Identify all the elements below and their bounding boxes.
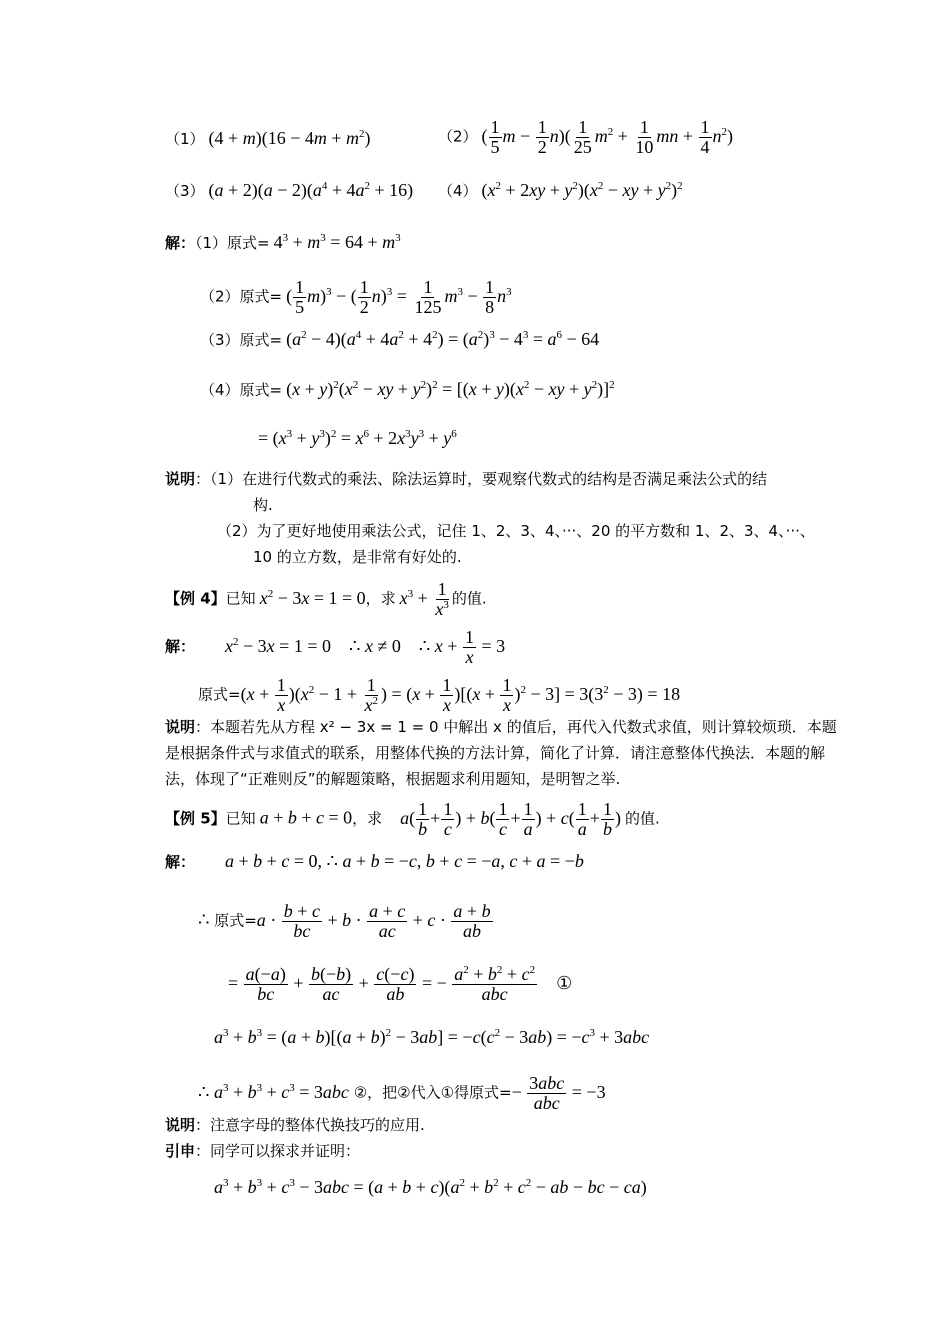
solution-4-cont: = (x3 + y3)2 = x6 + 2x3y3 + y6 <box>258 428 457 450</box>
example-5-step4: a3 + b3 = (a + b)[(a + b)2 − 3ab] = −c(c… <box>214 1027 649 1049</box>
problem-2: （2） (15m − 12n)(125m2 + 110mn + 14n2) <box>438 118 733 157</box>
problem-4: （4） (x2 + 2xy + y2)(x2 − xy + y2)2 <box>438 180 683 202</box>
solution-1: 解：（1）原式= 43 + m3 = 64 + m3 <box>165 232 401 254</box>
note-1: 说明：（1）在进行代数式的乘法、除法运算时，要观察代数式的结构是否满足乘法公式的… <box>165 466 845 570</box>
example-4-note: 说明：本题若先从方程 x² − 3x = 1 = 0 中解出 x 的值后，再代入… <box>165 714 845 792</box>
example-5-step3: = a(−a)bc + b(−b)ac + c(−c)ab = − a2 + b… <box>228 965 572 1004</box>
example-4-question: 【例 4】已知 x2 − 3x = 1 = 0，求 x3 + 1x3的值. <box>165 580 487 619</box>
example-5-step5: ∴ a3 + b3 + c3 = 3abc ②，把②代入①得原式=− 3abca… <box>198 1074 606 1113</box>
problem-1: （1） (4 + m)(16 − 4m + m2) <box>165 128 371 150</box>
example-5-step1: 解： a + b + c = 0, ∴ a + b = −c, b + c = … <box>165 851 584 873</box>
solution-3: （3）原式= (a2 − 4)(a4 + 4a2 + 42) = (a2)3 −… <box>200 329 599 351</box>
solution-2: （2）原式= (15m)3 − (12n)3 = 1125m3 − 18n3 <box>200 278 512 317</box>
problem-3: （3） (a + 2)(a − 2)(a4 + 4a2 + 16) <box>165 180 413 202</box>
example-5-note: 说明：注意字母的整体代换技巧的应用. <box>165 1112 425 1138</box>
identity-formula: a3 + b3 + c3 − 3abc = (a + b + c)(a2 + b… <box>214 1177 647 1199</box>
example-4-step2: 原式=(x + 1x)(x2 − 1 + 1x2) = (x + 1x)[(x … <box>198 676 680 715</box>
solution-4: （4）原式= (x + y)2(x2 − xy + y2)2 = [(x + y… <box>200 379 615 401</box>
example-5-question: 【例 5】已知 a + b + c = 0，求 a(1b+1c) + b(1c+… <box>165 800 660 839</box>
example-4-step1: 解： x2 − 3x = 1 = 0 ∴ x ≠ 0 ∴ x + 1x = 3 <box>165 628 505 667</box>
example-5-step2: ∴ 原式=a · b + cbc + b · a + cac + c · a +… <box>198 902 494 941</box>
example-5-extension: 引申：同学可以探求并证明： <box>165 1138 360 1164</box>
